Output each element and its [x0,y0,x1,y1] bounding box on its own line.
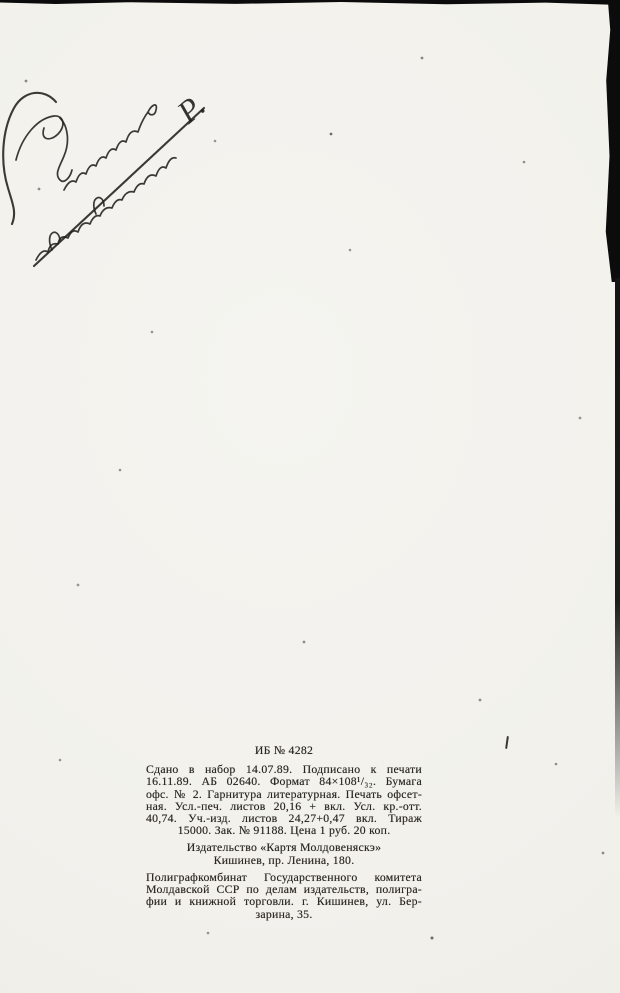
handwritten-inscription: Р. [0,64,232,280]
publisher-paragraph: Издательство «Картя Молдовеняскэ» Кишине… [146,841,422,865]
printer-line: зарина, 35. [146,908,422,920]
publisher-line: Кишинев, пр. Ленина, 180. [146,854,422,866]
printer-paragraph: Полиграфкомбинат Государственного комите… [146,871,422,920]
scan-edge-right-lower [615,278,620,818]
signature-initial: Р. [169,87,212,131]
imprint-line: 15000. Зак. № 91188. Цена 1 руб. 20 коп. [146,824,422,836]
scan-edge-top [0,0,620,5]
printer-line: фии и книжной торговли. г. Кишинев, ул. … [146,895,422,907]
scan-edge-right-upper [605,2,620,282]
publisher-line: Издательство «Картя Молдовеняскэ» [146,841,422,853]
imprint-line: 16.11.89. АБ 02640. Формат 84×108¹/₃₂. Б… [146,775,422,787]
stray-pen-mark [505,736,509,749]
paper-speckles [0,0,2,2]
scanned-page: Р. ИБ № 4282 Сдано в набор 14.07.89. Под… [0,0,620,993]
colophon-block: ИБ № 4282 Сдано в набор 14.07.89. Подпис… [146,744,422,920]
imprint-paragraph: Сдано в набор 14.07.89. Подписано к печа… [146,763,422,836]
imprint-line: офс. № 2. Гарнитура литературная. Печать… [146,788,422,800]
ib-number: ИБ № 4282 [146,744,422,756]
